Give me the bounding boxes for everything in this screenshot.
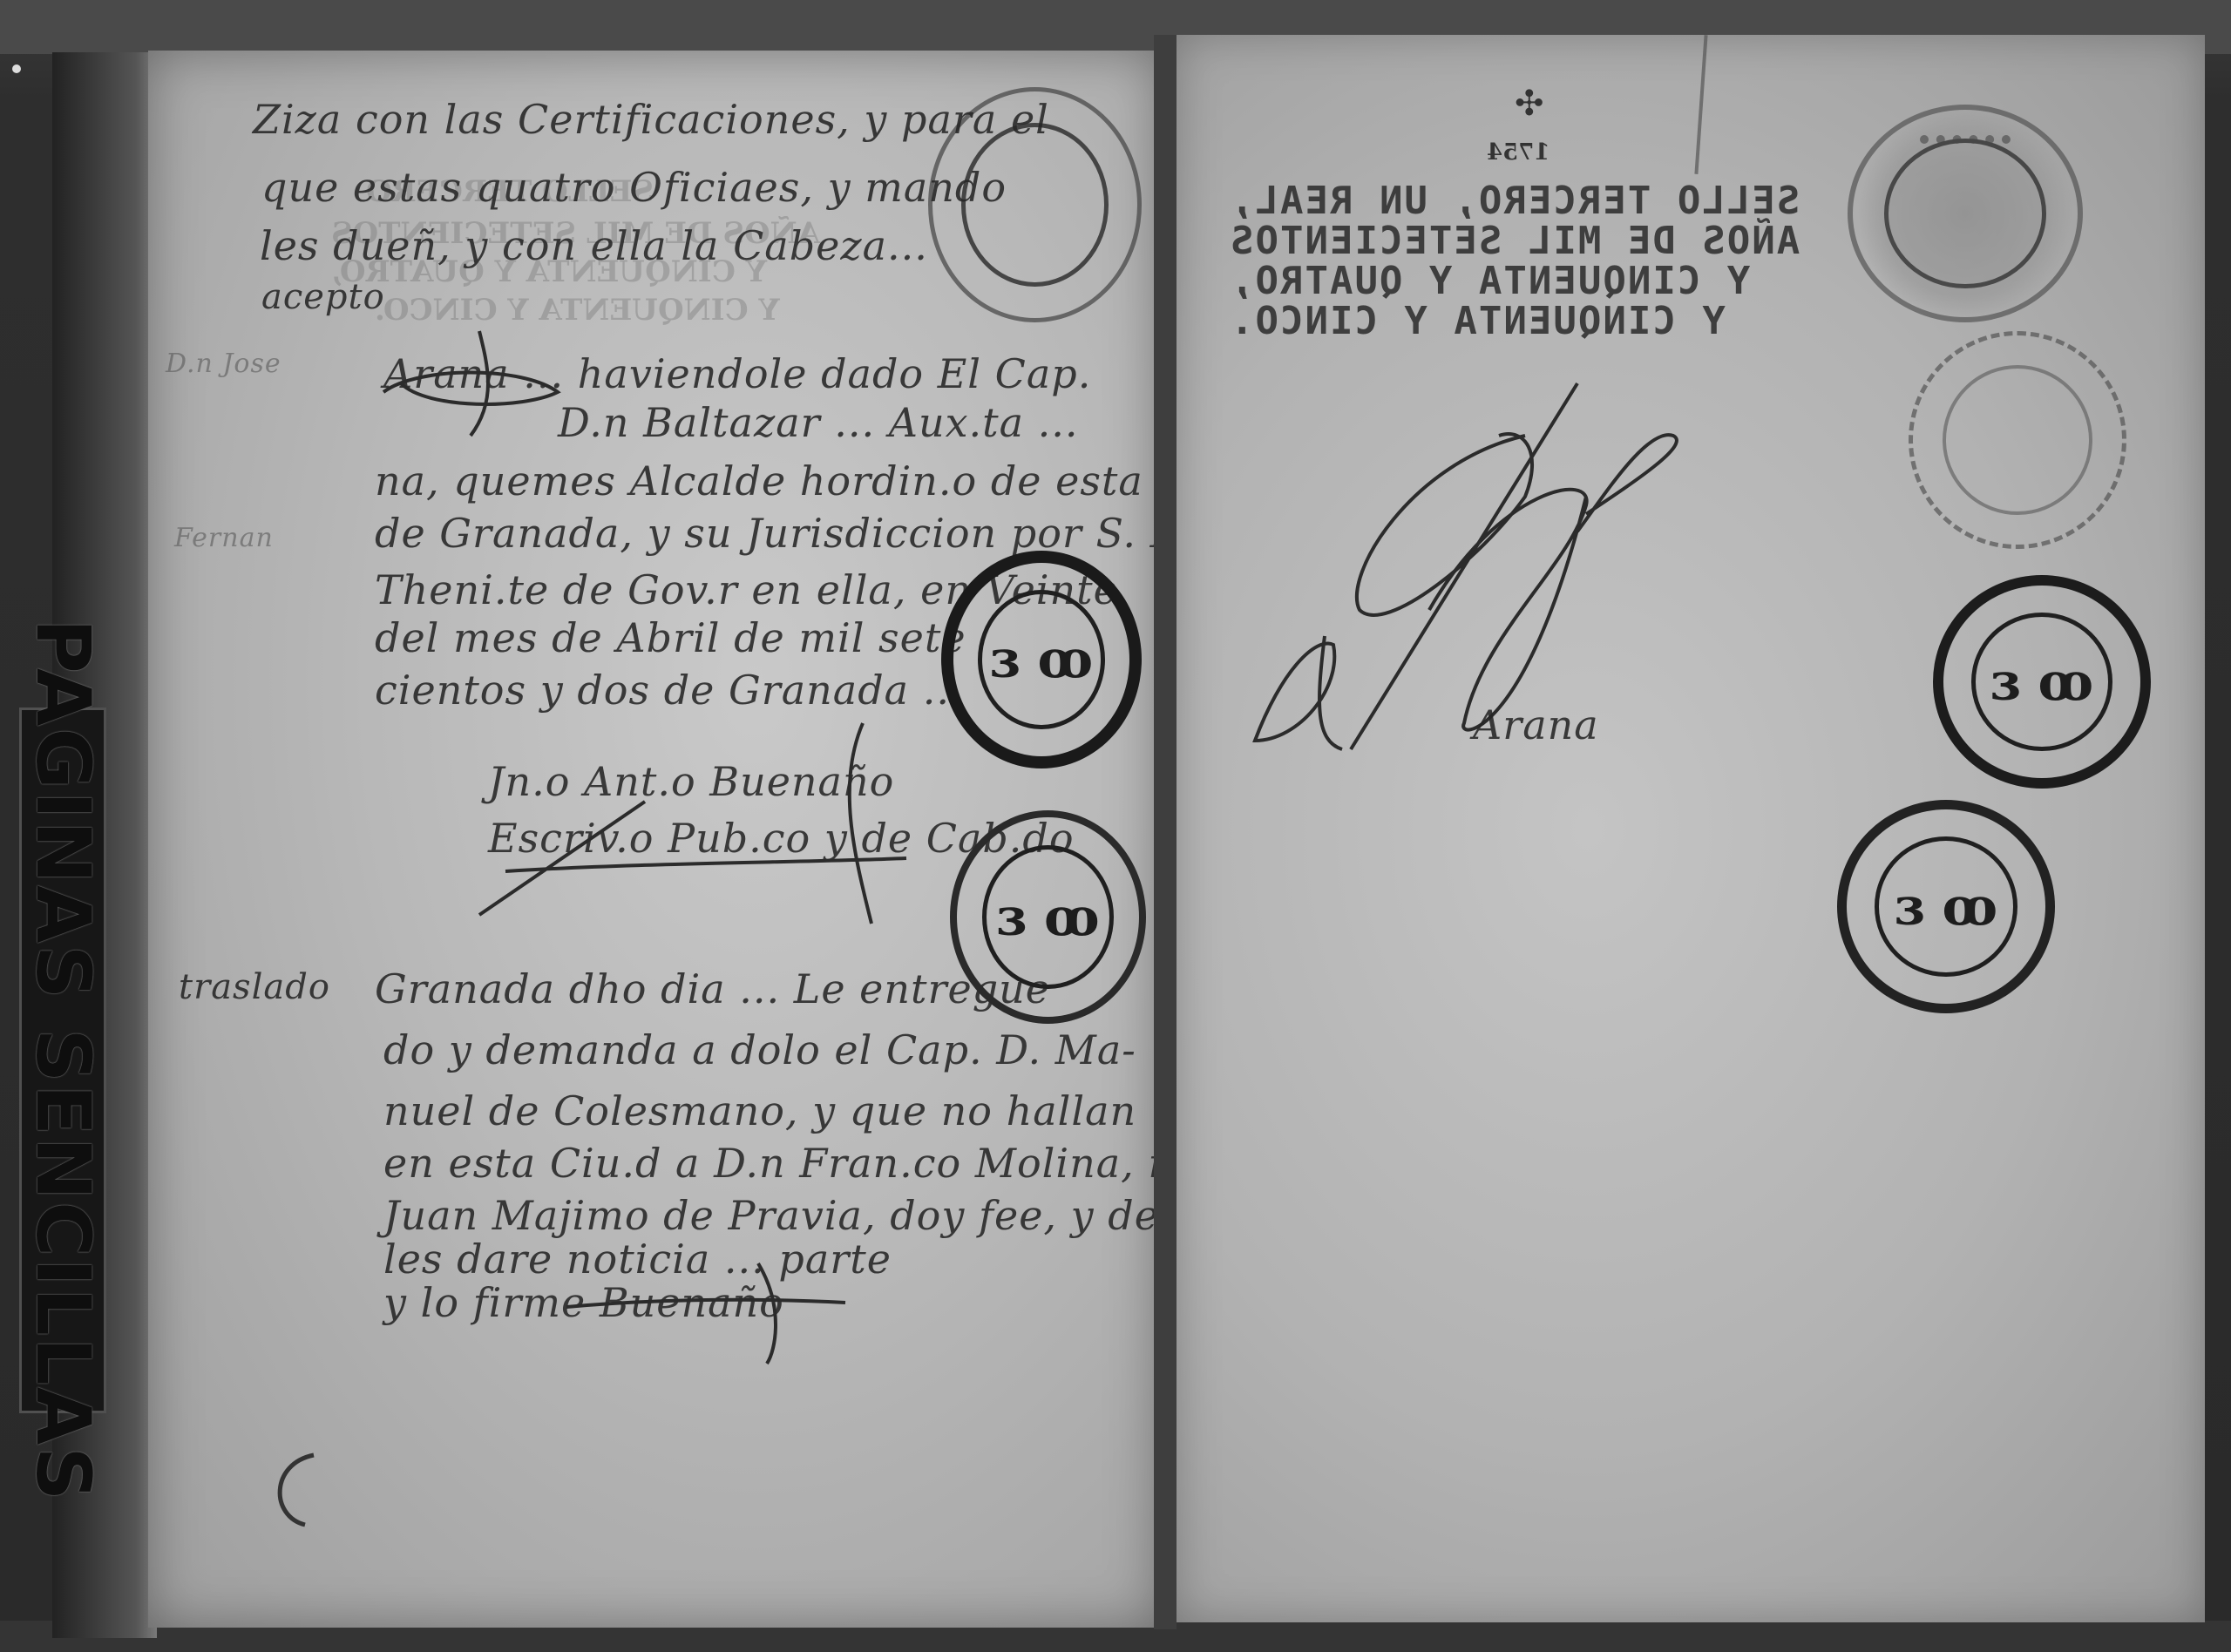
margin-note-traslado: traslado [179,967,330,1007]
stamp-header-line: Y CINQUENTA Y CINCO. [1229,301,1839,342]
printed-stamp-header: SELLO TERCERO, UN REAL, AÑOS DE MIL SETE… [1229,181,1839,342]
manuscript-line: D.n Baltazar ... Aux.ta ... [558,399,1079,446]
manuscript-line: cientos y dos de Granada ... [375,667,964,714]
side-label-text: PAGINAS SENCILLAS [19,619,106,1503]
stamp-year: 1754 [1487,139,1549,166]
manuscript-line: acepto [261,277,385,317]
margin-faint-note: D.n Jose [166,349,281,379]
manuscript-line: que estas quatro Oficiaes, y mando [261,164,1007,211]
margin-faint-note: Fernan [174,523,274,553]
seal-stamp: ɜ ꝏ [1933,575,2151,789]
seal-stamp-light [1909,331,2126,549]
rubric-flourish-icon [366,314,593,453]
manuscript-line: del mes de Abril de mil sete [375,614,966,661]
page-mark-icon [261,1446,366,1534]
stamp-header-line: Y CINQUENTA Y QUATRO, [1229,261,1839,301]
cross-ornament-icon: ✣ [1515,84,1544,124]
stamp-header-line: AÑOS DE MIL SETECIENTOS [1229,221,1839,261]
manuscript-line: les dueñ, y con ella la Cabeza... [260,222,928,269]
signature-name: Arana [1473,701,1599,748]
manuscript-line: nuel de Colesmano, y que no hallan [383,1087,1136,1134]
manuscript-line: Granada dho dia ... Le entregue [375,965,1050,1012]
rubric-flourish-icon [471,714,924,932]
seal-stamp: ɜ ꝏ [950,810,1146,1024]
page-gutter [1154,35,1177,1629]
seal-royal-crown [1848,105,2083,322]
manuscript-line: do y demanda a dolo el Cap. D. Ma- [383,1026,1136,1073]
scan-artifact [12,64,21,73]
side-label: PAGINAS SENCILLAS [19,708,106,1413]
rubric-flourish-icon [558,1255,871,1368]
stamp-header-line: SELLO TERCERO, UN REAL, [1229,181,1839,221]
seal-stamp: ɜ ꝏ [1837,800,2055,1013]
manuscript-line: Ziza con las Certificaciones, y para el [253,96,1049,143]
manuscript-line: de Granada, y su Jurisdiccion por S. M. … [375,510,1243,557]
manuscript-line: en esta Ciu.d a D.n Fran.co Molina, ni D… [383,1140,1274,1187]
seal-stamp: ɜ ꝏ [941,551,1142,768]
manuscript-line: Juan Majimo de Pravia, doy fee, y de [383,1192,1159,1239]
